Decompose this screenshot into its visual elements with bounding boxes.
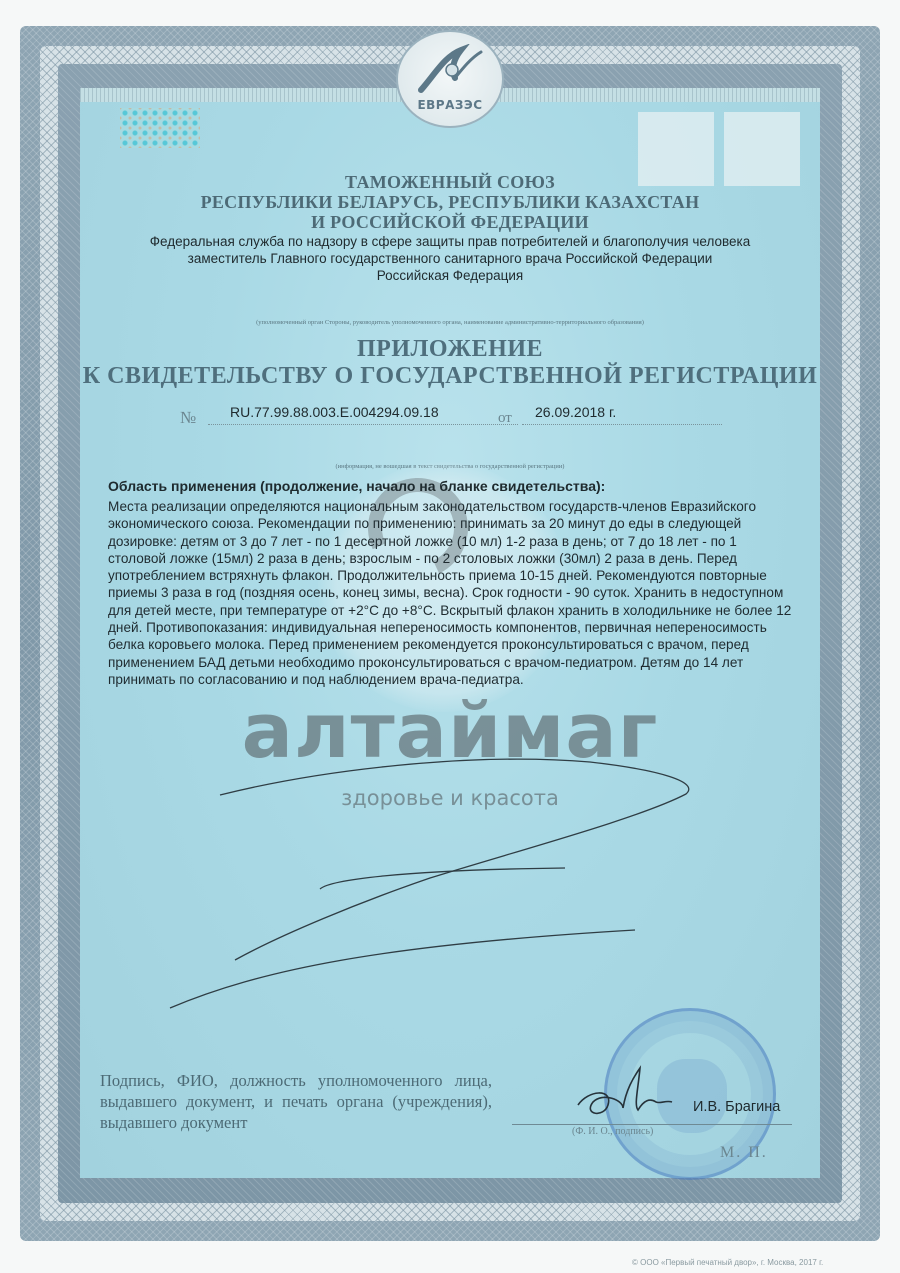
signature-line [512, 1124, 792, 1125]
handwritten-signature-icon [568, 1060, 678, 1130]
signature-caption: Подпись, ФИО, должность уполномоченного … [100, 1070, 492, 1133]
seal-place-label: М. П. [720, 1144, 768, 1162]
signatory-name: И.В. Брагина [693, 1099, 780, 1115]
fio-caption: (Ф. И. О., подпись) [572, 1126, 653, 1137]
printer-imprint: © ООО «Первый печатный двор», г. Москва,… [632, 1258, 823, 1267]
